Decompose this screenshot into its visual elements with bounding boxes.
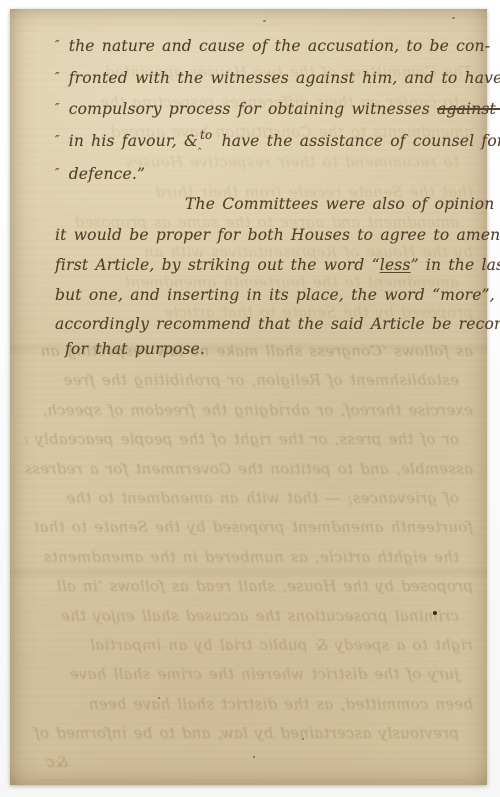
bleedthrough-line: previously ascertained by law, and to be… [26, 724, 473, 753]
manuscript-line: ″in his favour, &‸to have the assistance… [55, 132, 500, 150]
manuscript-line: for that purpose. [65, 340, 205, 358]
bleedthrough-line: right to a speedy & public trial by an i… [26, 636, 473, 665]
bleedthrough-line: the eighth article, as numbered in the a… [26, 548, 473, 577]
ink-speck [158, 697, 160, 699]
line-text: in his favour, & [69, 132, 198, 150]
underlined-word: less [380, 256, 411, 274]
bleedthrough-line: &c [26, 753, 473, 782]
line-quote-mark: ″ [55, 166, 60, 180]
bleedthrough-line: establishment of Religion, or prohibitin… [26, 371, 473, 400]
manuscript-line: ″compulsory process for obtaining witnes… [55, 100, 500, 118]
line-text: it would be proper for both Houses to ag… [55, 226, 500, 244]
line-quote-mark: ″ [55, 38, 60, 52]
manuscript-page: The Committees of the two Houses appoint… [10, 9, 487, 785]
line-text: for that purpose. [65, 340, 205, 358]
line-text: first Article, by striking out the word … [55, 256, 380, 274]
bleedthrough-line: of grievances; — that with an amendment … [26, 489, 473, 518]
line-text: accordingly recommend that the said Arti… [55, 315, 500, 333]
line-quote-mark: ″ [55, 133, 60, 147]
line-text: The Committees were also of opinion [185, 195, 494, 213]
manuscript-line: ″fronted with the witnesses against him,… [55, 69, 500, 87]
ink-speck [302, 738, 304, 740]
line-text: ” in the last line [411, 256, 500, 274]
ink-bleedthrough: as follows ‘Congress shall make no law r… [26, 342, 473, 783]
manuscript-line: it would be proper for both Houses to ag… [55, 226, 500, 244]
manuscript-line: ″defence.” [55, 165, 145, 183]
manuscript-line: accordingly recommend that the said Arti… [55, 315, 500, 333]
manuscript-line: but one, and inserting in its place, the… [55, 286, 500, 304]
line-text: have the assistance of counsel for his [214, 132, 500, 150]
struck-text: against him [437, 100, 500, 118]
bleedthrough-line: jury of the district wherein the crime s… [26, 665, 473, 694]
bleedthrough-line: been committed, as the district shall ha… [26, 695, 473, 724]
line-text: defence.” [69, 165, 146, 183]
ink-speck [253, 756, 255, 758]
ink-speck [433, 611, 437, 615]
manuscript-line: The Committees were also of opinionthat [185, 195, 500, 213]
bleedthrough-line: fourteenth amendment proposed by the Sen… [26, 518, 473, 547]
line-quote-mark: ″ [55, 70, 60, 84]
line-text: fronted with the witnesses against him, … [69, 69, 500, 87]
line-text: the nature and cause of the accusation, … [69, 37, 490, 55]
scan-background: The Committees of the two Houses appoint… [0, 0, 500, 797]
bleedthrough-line: criminal prosecutions the accused shall … [26, 607, 473, 636]
manuscript-line: first Article, by striking out the word … [55, 256, 500, 274]
ink-speck [452, 17, 455, 19]
line-quote-mark: ″ [55, 101, 60, 115]
inserted-word: ‸to [200, 132, 212, 150]
bleedthrough-line: or of the press, or the right of the peo… [26, 430, 473, 459]
bleedthrough-line: assemble, and to petition the Government… [26, 460, 473, 489]
ink-speck [263, 20, 266, 22]
bleedthrough-line: exercise thereof, or abridging the freed… [26, 401, 473, 430]
line-text: compulsory process for obtaining witness… [69, 100, 437, 118]
bleedthrough-line: proposed by the House, shall read as fol… [26, 577, 473, 606]
manuscript-line: ″the nature and cause of the accusation,… [55, 37, 490, 55]
line-text: but one, and inserting in its place, the… [55, 286, 500, 304]
